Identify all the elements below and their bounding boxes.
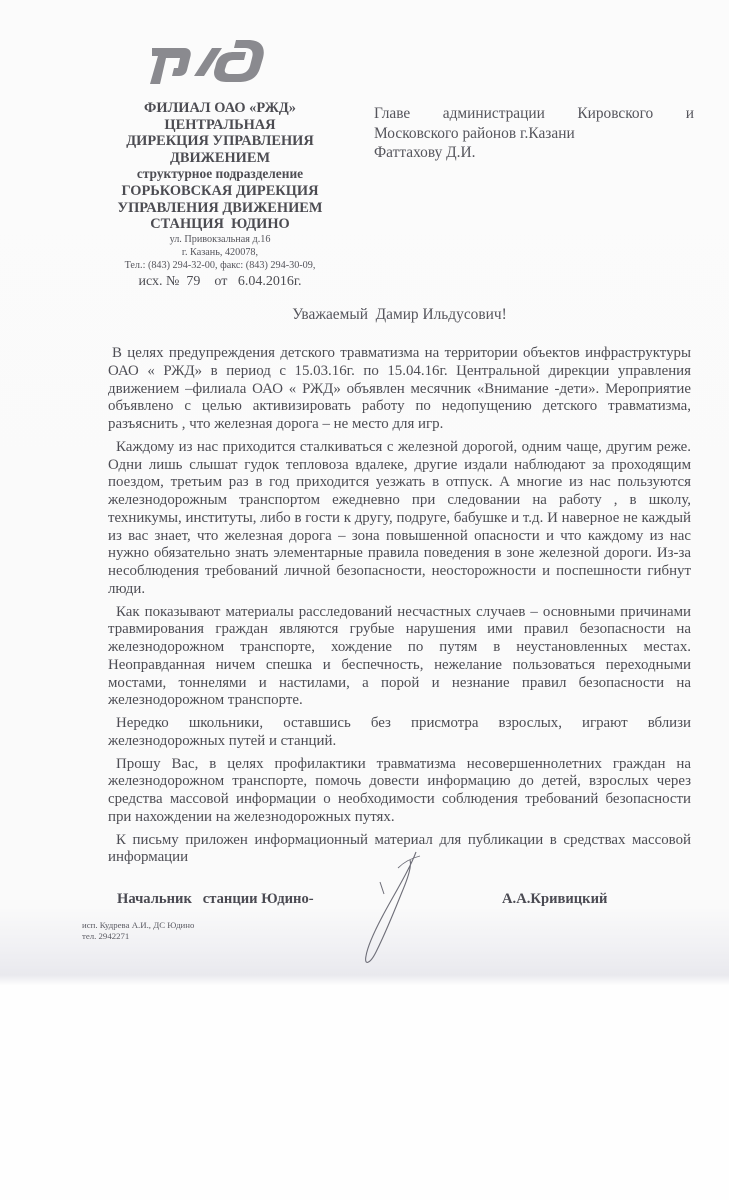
greeting: Уважаемый Дамир Ильдусович!: [0, 306, 729, 324]
outgoing-number: исх. № 79 от 6.04.2016г.: [95, 273, 345, 290]
scanned-letter-page: ФИЛИАЛ ОАО «РЖД» ЦЕНТРАЛЬНАЯ ДИРЕКЦИЯ УП…: [0, 0, 729, 985]
recipient-line-2: Московского районов г.Казани: [374, 124, 694, 144]
recipient-line-3: Фаттахову Д.И.: [374, 143, 694, 163]
body-paragraph: В целях предупреждения детского травмати…: [108, 345, 691, 434]
sender-unit-line: ГОРЬКОВСКАЯ ДИРЕКЦИЯ: [95, 183, 345, 200]
sender-address-street: ул. Привокзальная д.16: [95, 233, 345, 246]
executor-phone: тел. 2942271: [82, 931, 194, 942]
body-paragraph: Прошу Вас, в целях профилактики травмати…: [108, 756, 691, 827]
body-paragraph: Нередко школьники, оставшись без присмот…: [108, 715, 691, 751]
recipient-block: Главе администрации Кировского и Московс…: [374, 104, 694, 163]
sender-org-line: ДИРЕКЦИЯ УПРАВЛЕНИЯ: [95, 133, 345, 150]
sender-address-city: г. Казань, 420078,: [95, 246, 345, 259]
recipient-word: Главе: [374, 104, 410, 124]
handwritten-signature-icon: [350, 848, 430, 968]
recipient-word: Кировского: [577, 104, 653, 124]
sender-unit-line: СТАНЦИЯ ЮДИНО: [95, 216, 345, 233]
sender-org-line: ФИЛИАЛ ОАО «РЖД»: [95, 100, 345, 117]
sender-org-line: ЦЕНТРАЛЬНАЯ: [95, 117, 345, 134]
executor-name: исп. Кудрева А.И., ДС Юдино: [82, 920, 194, 931]
signatory-name: А.А.Кривицкий: [502, 891, 607, 908]
rzd-logo-icon: [150, 38, 270, 86]
sender-letterhead: ФИЛИАЛ ОАО «РЖД» ЦЕНТРАЛЬНАЯ ДИРЕКЦИЯ УП…: [95, 100, 345, 290]
sender-phones: Тел.: (843) 294-32-00, факс: (843) 294-3…: [95, 259, 345, 272]
sender-subdivision-label: структурное подразделение: [95, 166, 345, 183]
recipient-word: администрации: [443, 104, 545, 124]
sender-org-line: ДВИЖЕНИЕМ: [95, 150, 345, 167]
signatory-title: Начальник станции Юдино-: [117, 891, 314, 908]
recipient-word: и: [686, 104, 694, 124]
body-paragraph: Как показывают материалы расследований н…: [108, 604, 691, 711]
letter-body: В целях предупреждения детского травмати…: [108, 345, 691, 867]
recipient-line-1: Главе администрации Кировского и: [374, 104, 694, 124]
executor-info: исп. Кудрева А.И., ДС Юдино тел. 2942271: [82, 920, 194, 942]
sender-unit-line: УПРАВЛЕНИЯ ДВИЖЕНИЕМ: [95, 200, 345, 217]
body-paragraph: Каждому из нас приходится сталкиваться с…: [108, 439, 691, 599]
